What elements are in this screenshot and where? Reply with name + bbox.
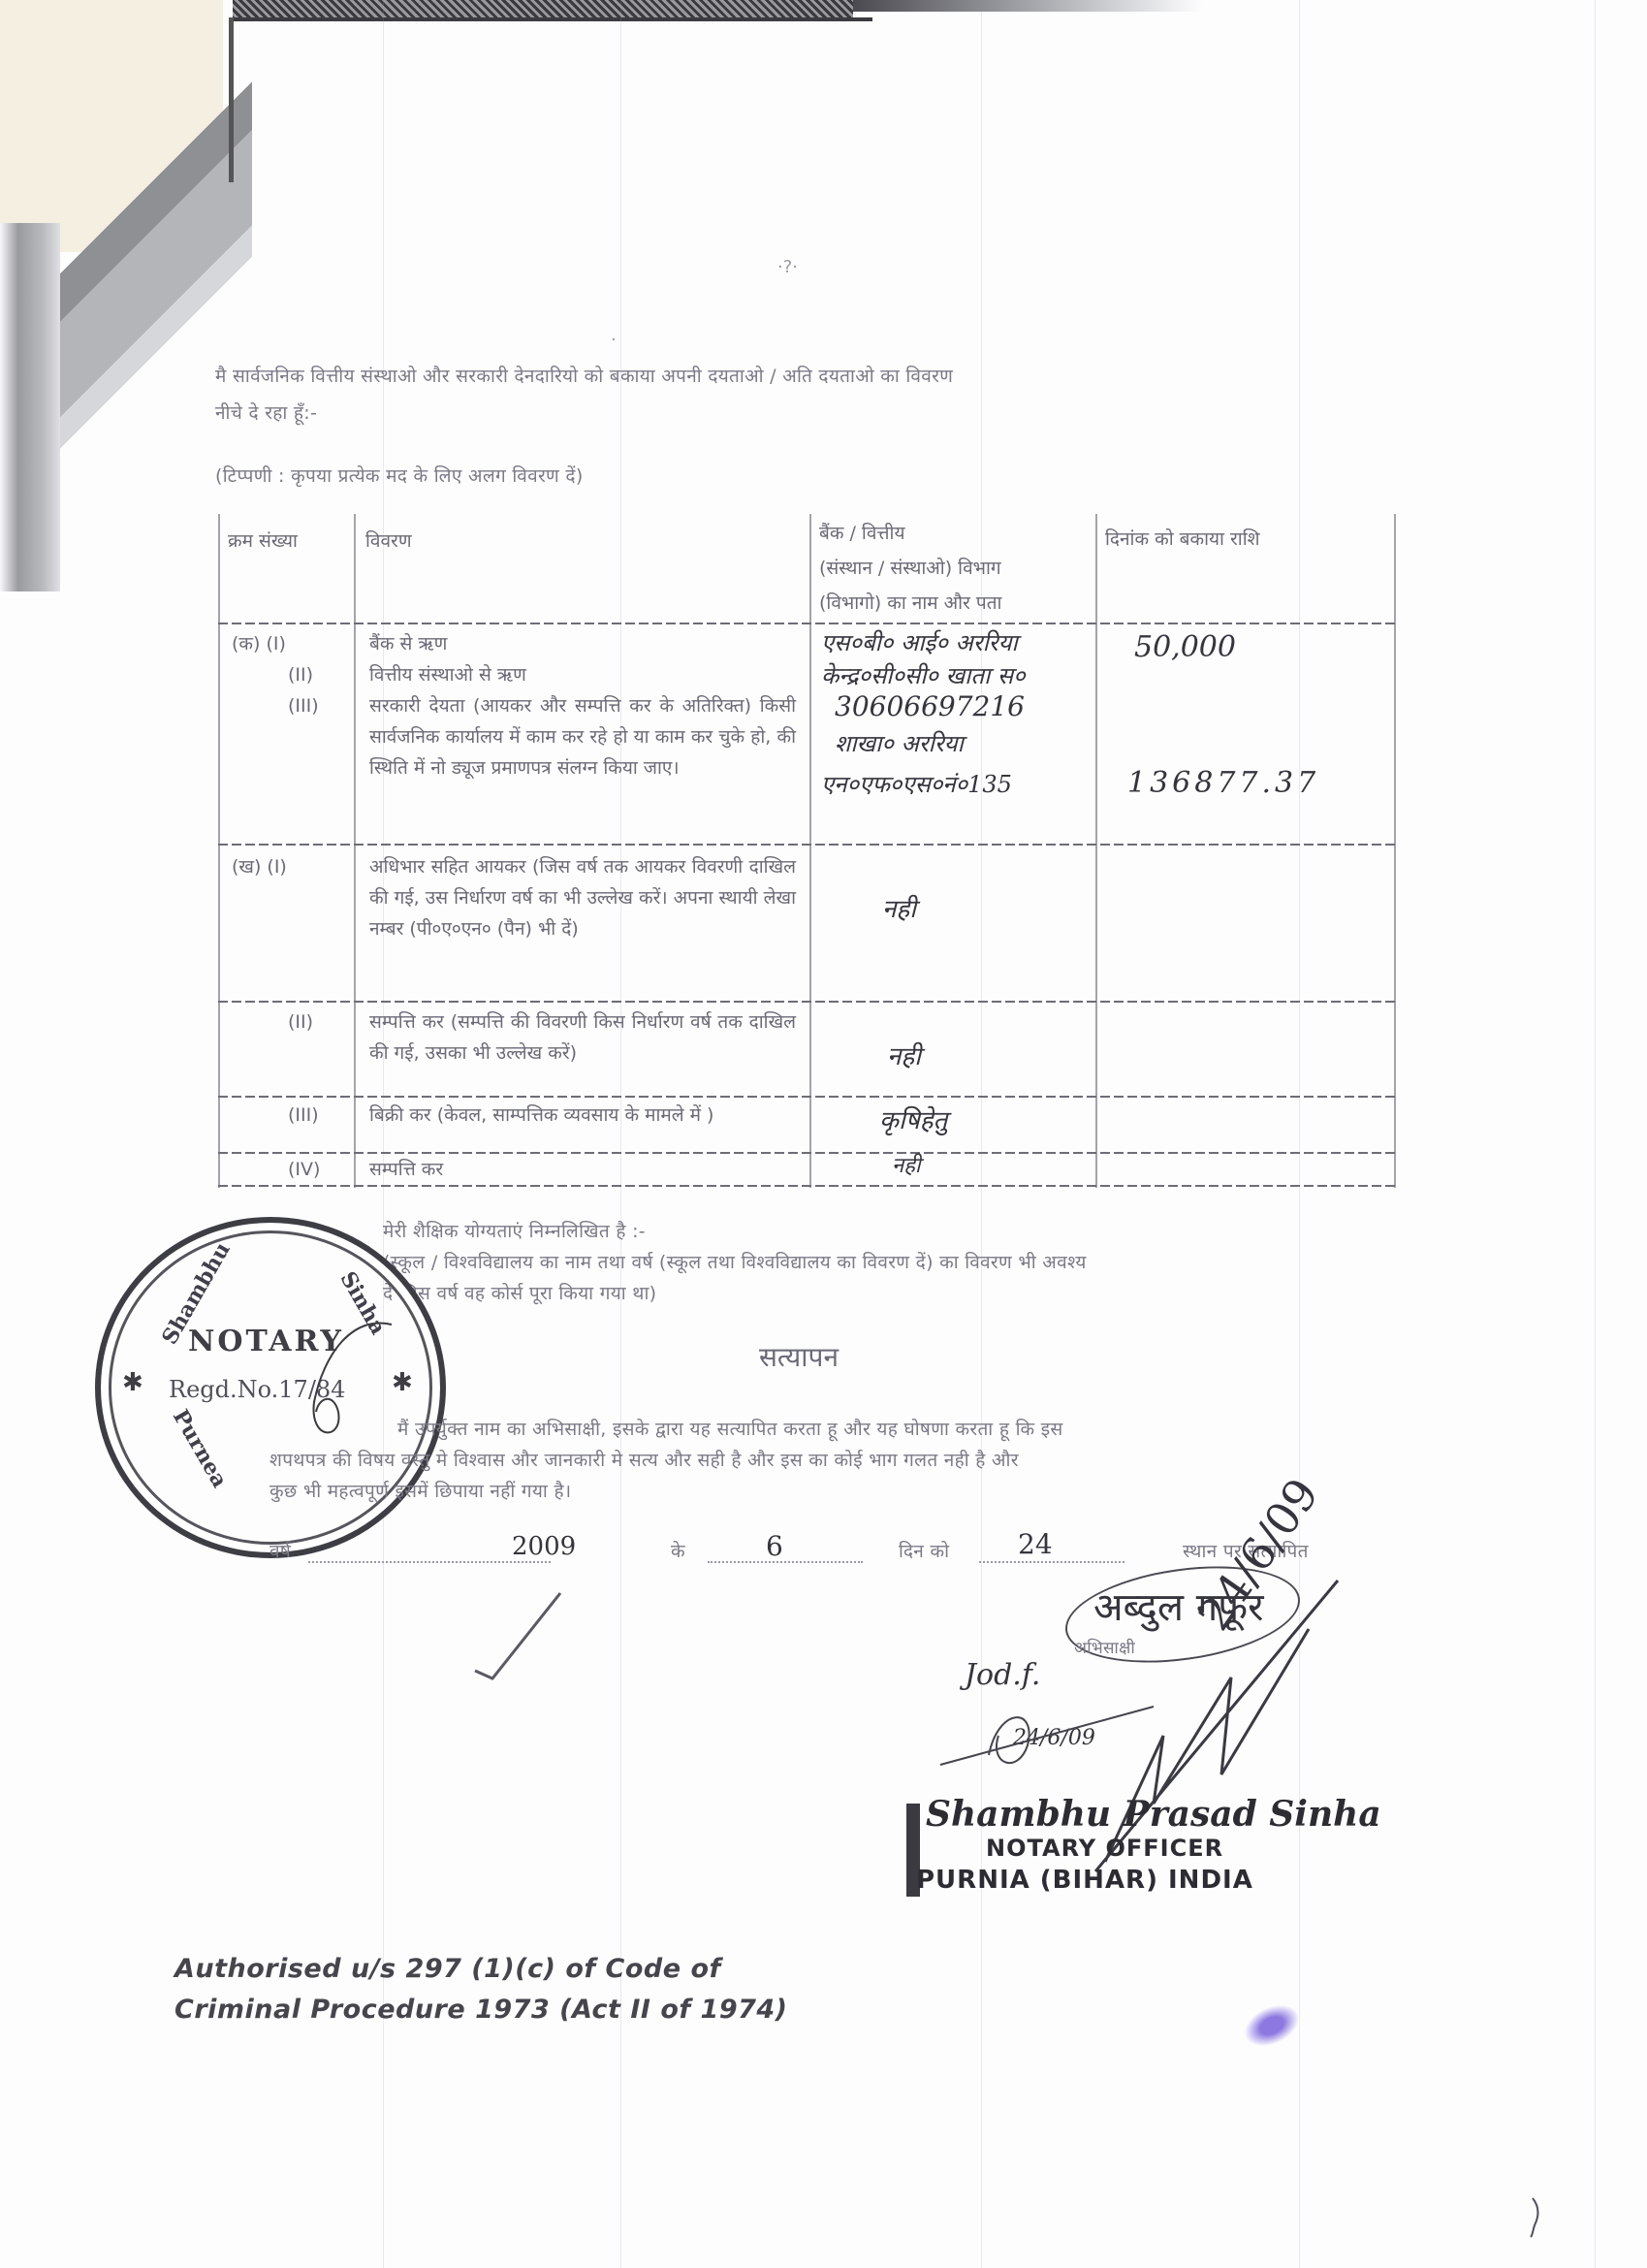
authorised-line: Authorised u/s 297 (1)(c) of Code of — [174, 1954, 721, 1984]
table-border — [218, 514, 220, 1188]
header-bank: (विभागो) का नाम और पता — [819, 588, 1001, 619]
table-column-divider — [809, 514, 811, 1188]
handwritten-nil: नही — [892, 1150, 921, 1179]
row-serial: (III) — [288, 690, 319, 721]
row-serial: (क) (I) — [232, 628, 286, 659]
checkmark-icon — [465, 1585, 582, 1682]
verification-line: मैं उपर्युक्त नाम का अभिसाक्षी, इसके द्व… — [397, 1414, 1063, 1445]
row-detail: बिक्री कर (केवल, साम्पत्तिक व्यवसाय के म… — [369, 1100, 796, 1131]
row-detail: बैंक से ऋण — [369, 628, 447, 659]
education-line: मेरी शैक्षिक योग्यताएं निम्नलिखित है :- — [383, 1216, 646, 1247]
handwritten-year: 2009 — [512, 1532, 576, 1561]
row-divider — [218, 844, 1396, 846]
handwritten-amount: 136877.37 — [1127, 766, 1319, 800]
handwritten-account: 30606697216 — [835, 690, 1025, 722]
note-line: (टिप्पणी : कृपया प्रत्येक मद के लिए अलग … — [215, 461, 584, 492]
month-label: के — [671, 1536, 685, 1567]
table-border — [1394, 514, 1396, 1188]
row-divider — [218, 1001, 1396, 1003]
liabilities-table: क्रम संख्या विवरण बैंक / वित्तीय (संस्था… — [218, 514, 1396, 1188]
header-amount: दिनांक को बकाया राशि — [1105, 524, 1260, 555]
intro-line: मै सार्वजनिक वित्तीय संस्थाओ और सरकारी द… — [215, 361, 953, 392]
stamp-title: NOTARY OFFICER — [986, 1835, 1223, 1862]
header-bank: बैंक / वित्तीय — [819, 518, 904, 549]
verification-line: शपथपत्र की विषय वस्तु मे विश्वास और जानक… — [269, 1445, 1019, 1476]
scan-speck: ·?· — [777, 257, 798, 277]
education-line: (स्कूल / विश्वविद्यालय का नाम तथा वर्ष (… — [383, 1247, 1087, 1278]
row-detail: अधिभार सहित आयकर (जिस वर्ष तक आयकर विवरण… — [369, 851, 796, 944]
verification-heading: सत्यापन — [759, 1338, 839, 1375]
row-serial: (III) — [288, 1100, 319, 1131]
day-dotted-line — [979, 1561, 1124, 1563]
row-detail: सम्पत्ति कर (सम्पत्ति की विवरणी किस निर्… — [369, 1006, 796, 1069]
scan-speck: · — [611, 330, 617, 350]
year-dotted-line — [308, 1561, 551, 1563]
row-serial: (II) — [288, 659, 313, 690]
signature-loop-icon — [285, 1315, 401, 1451]
star-icon: ✱ — [122, 1368, 143, 1397]
handwritten-bank: एन०एफ०एस०नं०135 — [821, 768, 1012, 800]
handwritten-amount: 50,000 — [1134, 630, 1236, 664]
year-label: वर्ष — [269, 1536, 291, 1567]
handwritten-bank: एस०बी० आई० अररिया — [821, 626, 1018, 658]
row-divider — [218, 1096, 1396, 1098]
stamp-paper-border-fade — [853, 0, 1202, 12]
table-column-divider — [1095, 514, 1097, 1188]
notary-seal: Shambhu Sinha Purnea NOTARY Regd.No.17/8… — [95, 1217, 446, 1558]
handwritten-bank: केन्द्र०सी०सी० खाता स० — [821, 659, 1026, 691]
border-rule — [233, 17, 872, 21]
handwritten-day: 24 — [1018, 1528, 1053, 1560]
border-rule-left — [229, 17, 234, 182]
day-label: दिन को — [899, 1536, 949, 1567]
row-serial: (IV) — [288, 1154, 320, 1185]
row-serial: (ख) (I) — [232, 851, 287, 882]
ink-blot — [1238, 1996, 1306, 2055]
month-dotted-line — [708, 1561, 863, 1563]
notary-officer-stamp: Shambhu Prasad Sinha NOTARY OFFICER PURN… — [906, 1794, 1294, 1901]
handwritten-bank: शाखा० अररिया — [835, 727, 964, 759]
table-column-divider — [354, 514, 356, 1188]
intro-line: नीचे दे रहा हूँ:- — [215, 398, 317, 429]
scan-left-edge — [0, 223, 60, 591]
seal-arc-text: Purnea — [168, 1405, 233, 1492]
row-detail: सरकारी देयता (आयकर और सम्पत्ति कर के अति… — [369, 690, 796, 783]
handwritten-nil: नही — [887, 1038, 921, 1072]
stamp-location: PURNIA (BIHAR) INDIA — [916, 1866, 1253, 1895]
header-details: विवरण — [365, 526, 412, 557]
header-bank: (संस्थान / संस्थाओ) विभाग — [819, 553, 1001, 584]
row-detail: सम्पत्ति कर — [369, 1154, 443, 1185]
row-serial: (II) — [288, 1006, 313, 1038]
scan-mark — [1527, 2196, 1546, 2240]
handwritten-nil: नही — [882, 890, 916, 925]
stamp-paper-border — [233, 0, 853, 19]
row-detail: वित्तीय संस्थाओ से ऋण — [369, 659, 526, 690]
header-serial: क्रम संख्या — [228, 526, 298, 557]
stamp-name: Shambhu Prasad Sinha — [926, 1794, 1381, 1835]
handwritten-month: 6 — [766, 1530, 783, 1562]
scanned-affidavit-page: ·?· · मै सार्वजनिक वित्तीय संस्थाओ और सर… — [0, 0, 1647, 2268]
handwritten-agriculture: कृषिहेतु — [879, 1102, 947, 1136]
table-bottom — [218, 1185, 1396, 1187]
scan-streak — [1595, 0, 1596, 2268]
row-divider — [218, 623, 1396, 624]
verification-line: कुछ भी महत्वपूर्ण इसमें छिपाया नहीं गया … — [269, 1476, 571, 1507]
authorised-line: Criminal Procedure 1973 (Act II of 1974) — [174, 1995, 788, 2025]
